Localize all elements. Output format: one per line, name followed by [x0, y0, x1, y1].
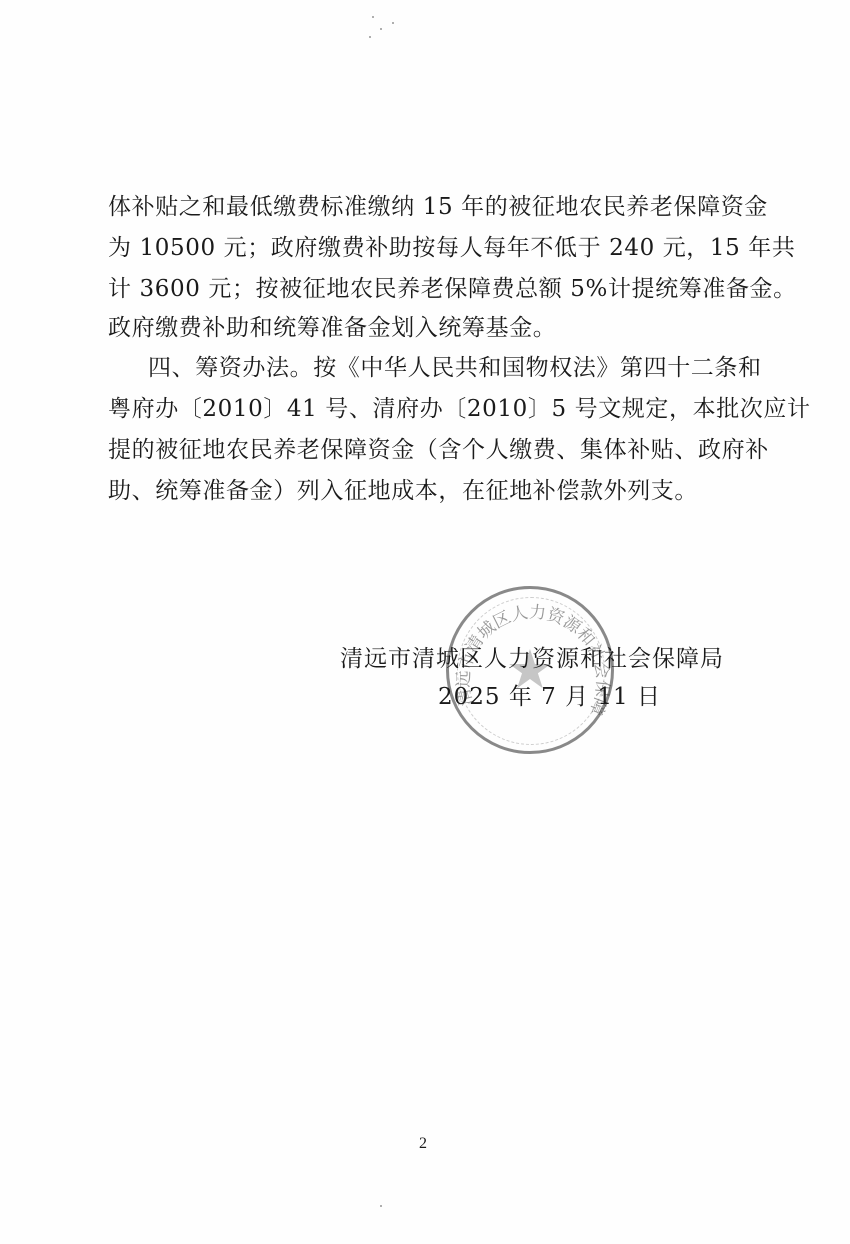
issue-date: 2025 年 7 月 11 日: [438, 682, 661, 712]
paragraph-line: 政府缴费补助和统筹准备金划入统筹基金。: [108, 313, 748, 343]
scan-speck: [380, 1205, 382, 1207]
page-number: 2: [419, 1134, 427, 1154]
paragraph-line: 为 10500 元；政府缴费补助按每人每年不低于 240 元，15 年共: [108, 233, 748, 263]
paragraph-line: 体补贴之和最低缴费标准缴纳 15 年的被征地农民养老保障资金: [108, 192, 748, 222]
paragraph-line: 提的被征地农民养老保障资金（含个人缴费、集体补贴、政府补: [108, 435, 748, 465]
scan-speck: [392, 22, 394, 24]
document-page: 体补贴之和最低缴费标准缴纳 15 年的被征地农民养老保障资金 为 10500 元…: [0, 0, 850, 1244]
scan-speck: [372, 16, 374, 18]
issuing-organization: 清远市清城区人力资源和社会保障局: [340, 644, 724, 674]
paragraph-line: 计 3600 元；按被征地农民养老保障费总额 5%计提统筹准备金。: [108, 274, 748, 304]
scan-speck: [380, 28, 382, 30]
scan-speck: [369, 36, 371, 38]
section-heading-line: 四、筹资办法。按《中华人民共和国物权法》第四十二条和: [148, 353, 748, 383]
paragraph-line: 助、统筹准备金）列入征地成本，在征地补偿款外列支。: [108, 476, 748, 506]
paragraph-line: 粤府办〔2010〕41 号、清府办〔2010〕5 号文规定，本批次应计: [108, 394, 748, 424]
